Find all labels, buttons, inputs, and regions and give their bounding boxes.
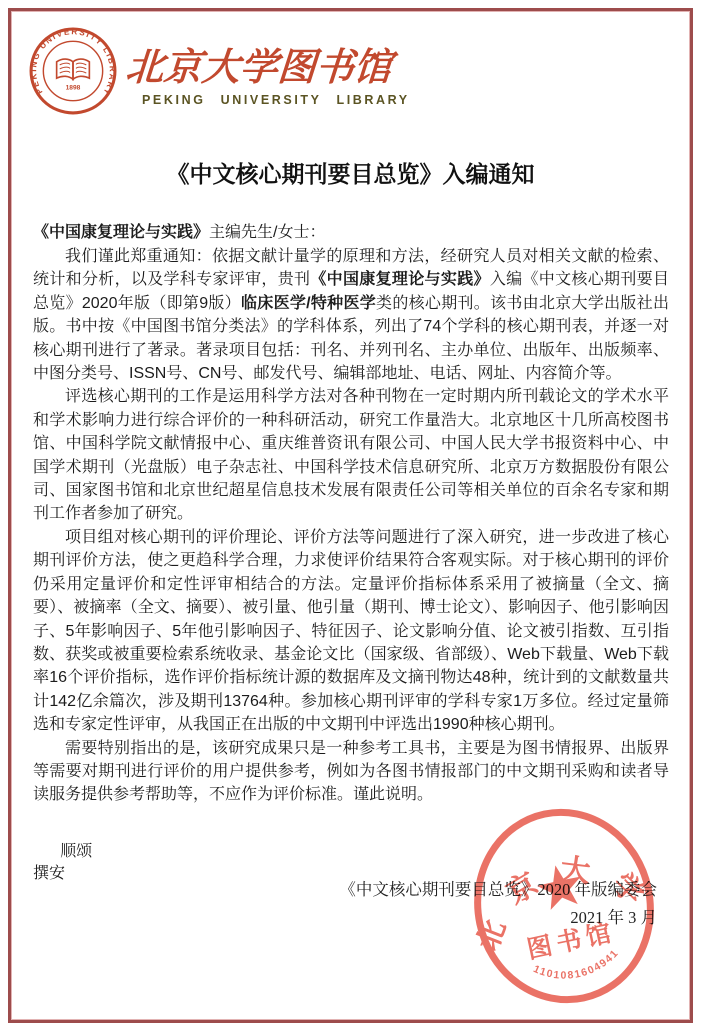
closing-shunsong: 顺颂: [33, 841, 92, 863]
open-book-icon: [57, 59, 90, 79]
paragraph-3: 项目组对核心期刊的评价理论、评价方法等问题进行了深入研究，进一步改进了核心期刊评…: [33, 526, 669, 737]
signature-committee: 《中文核心期刊要目总览》2020 年版编委会: [339, 876, 657, 904]
salutation-line: 《中国康复理论与实践》主编先生/女士：: [33, 219, 669, 242]
paragraph-2: 评选核心期刊的工作是运用科学方法对各种刊物在一定时期内所刊载论文的学术水平和学术…: [33, 385, 669, 525]
svg-text:1101081604941: 1101081604941: [529, 945, 624, 989]
library-name-chinese: 北京大学图书馆: [124, 36, 394, 91]
library-name-english: PEKING UNIVERSITY LIBRARY: [142, 93, 410, 107]
letter-title: 《中文核心期刊要目总览》入编通知: [0, 156, 701, 189]
closing-zhuanan: 撰安: [33, 865, 65, 882]
letter-page: PEKING UNIVERSITY LIBRARY 1898 北京大学图书馆 P…: [0, 0, 701, 1031]
pku-library-logo-icon: PEKING UNIVERSITY LIBRARY 1898: [28, 26, 118, 121]
signature-date: 2021 年 3 月: [339, 904, 657, 932]
signature-block: 《中文核心期刊要目总览》2020 年版编委会 2021 年 3 月: [339, 876, 657, 931]
seal-number: 1101081604941: [529, 945, 624, 989]
letter-body: 我们谨此郑重通知：依据文献计量学的原理和方法，经研究人员对相关文献的检索、统计和…: [33, 245, 669, 807]
logo-year-text: 1898: [66, 84, 81, 91]
closing-block: 顺颂 撰安: [33, 841, 92, 885]
paragraph-4: 需要特别指出的是，该研究成果只是一种参考工具书，主要是为图书情报界、出版界等需要…: [33, 737, 669, 807]
paragraph-1: 我们谨此郑重通知：依据文献计量学的原理和方法，经研究人员对相关文献的检索、统计和…: [33, 245, 669, 385]
